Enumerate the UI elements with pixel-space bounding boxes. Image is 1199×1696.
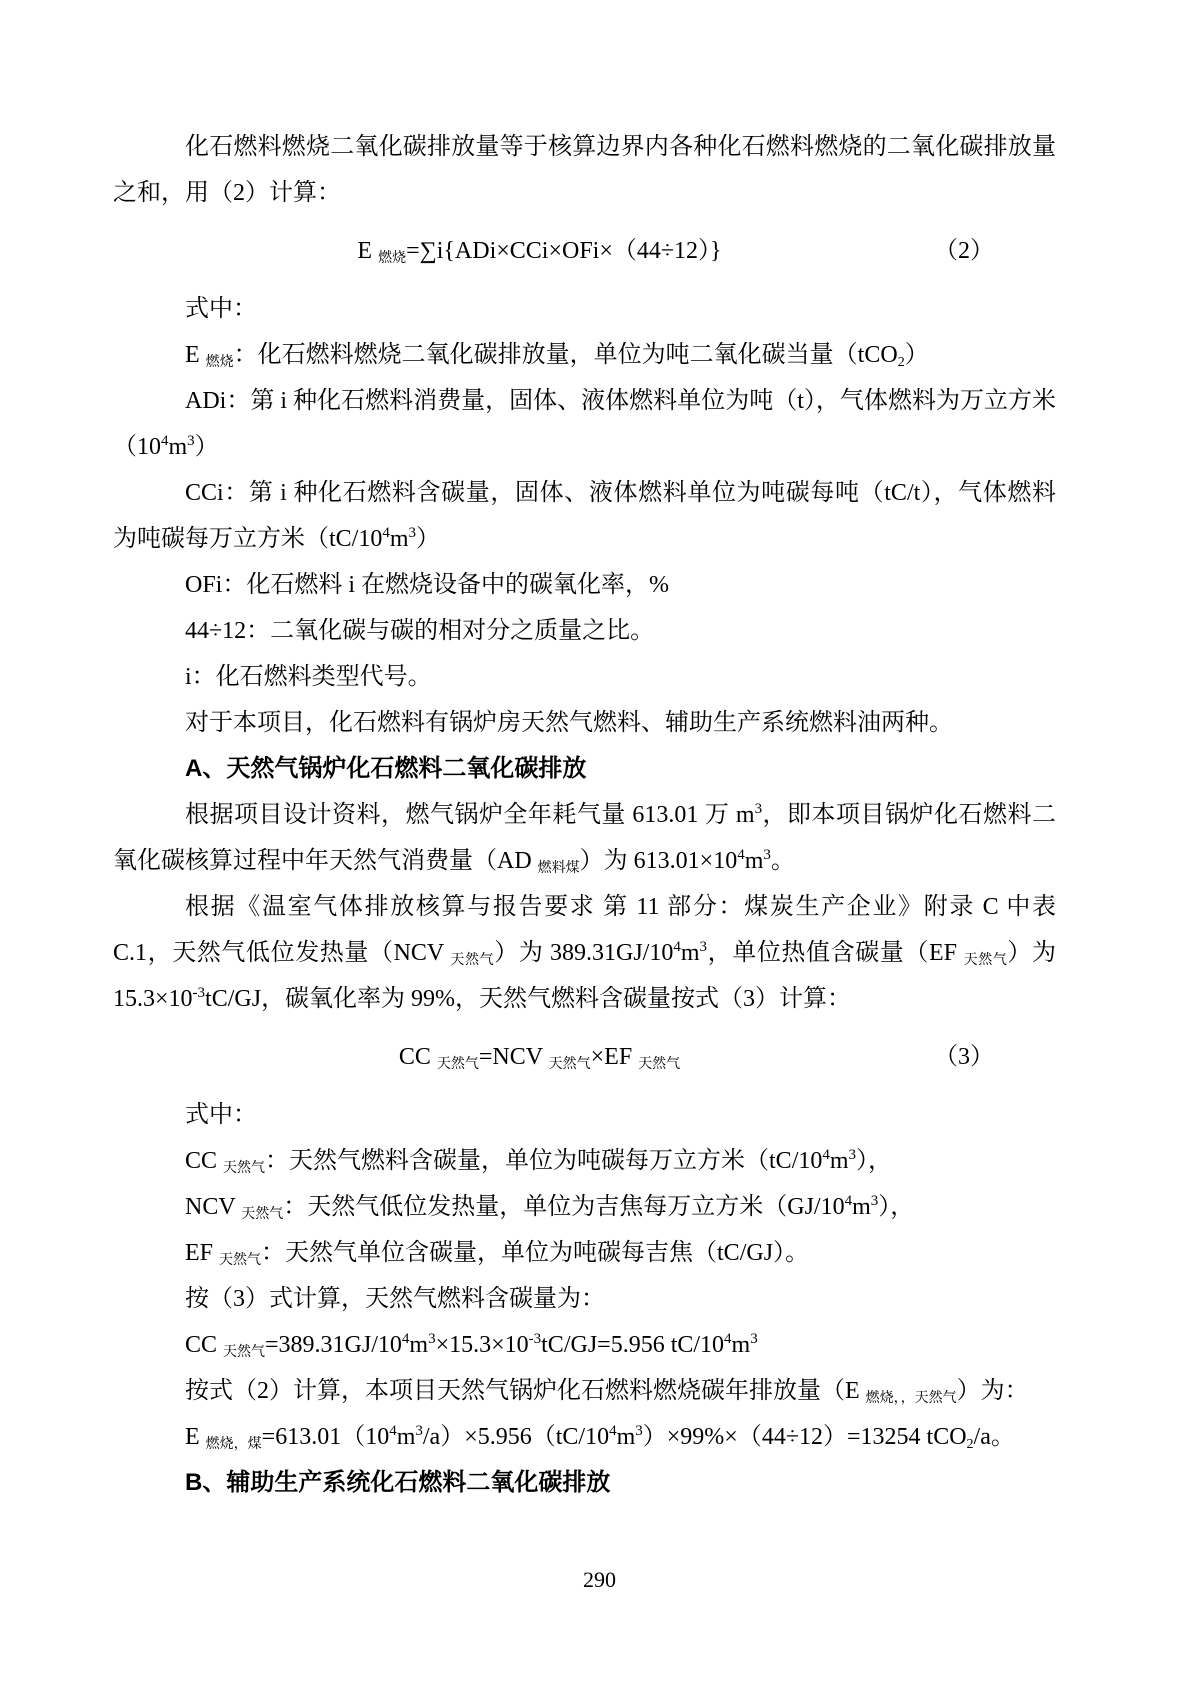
text-run: m [732, 1332, 751, 1358]
text-run-sup: 3 [755, 801, 763, 817]
def-adi: ADi：第 i 种化石燃料消费量，固体、液体燃料单位为吨（t），气体燃料为万立方… [113, 378, 1056, 470]
text-run: tC/GJ=5.956 tC/10 [541, 1332, 724, 1358]
heading-a: A、天然气锅炉化石燃料二氧化碳排放 [113, 746, 1056, 792]
text-run-sup: 4 [673, 939, 681, 955]
text-run-sup: 4 [724, 1331, 732, 1347]
text-run-sup: -3 [193, 985, 206, 1001]
text-run: ：天然气低位发热量，单位为吉焦每万立方米（GJ/10 [283, 1194, 844, 1220]
text-run-sub: 天然气 [450, 953, 494, 968]
text-run-sub: 天然气 [437, 1057, 479, 1072]
text-run: 式中： [185, 296, 257, 322]
def-i: i：化石燃料类型代号。 [113, 654, 1056, 700]
text-run: m [681, 940, 700, 966]
def-ef-tianranqi: EF 天然气：天然气单位含碳量，单位为吨碳每吉焦（tC/GJ）。 [113, 1230, 1056, 1276]
text-run: CCi：第 i 种化石燃料含碳量，固体、液体燃料单位为吨碳每吨（tC/t），气体… [113, 480, 1056, 552]
text-run: B、辅助生产系统化石燃料二氧化碳排放 [185, 1469, 610, 1496]
def-e-ranshao: E 燃烧：化石燃料燃烧二氧化碳排放量，单位为吨二氧化碳当量（tCO2） [113, 332, 1056, 378]
text-run: ，单位热值含碳量（EF [707, 940, 964, 966]
page-number: 290 [0, 1566, 1199, 1594]
text-run: ：天然气燃料含碳量，单位为吨碳每万立方米（tC/10 [265, 1148, 822, 1174]
text-run-sub: 天然气 [223, 1345, 265, 1360]
text-run-sup: 4 [822, 1147, 830, 1163]
text-run-sup: 3 [187, 433, 195, 449]
para-calc-by-3: 按（3）式计算，天然气燃料含碳量为： [113, 1276, 1056, 1322]
text-run: m [409, 1332, 428, 1358]
text-run-sup: -3 [529, 1331, 542, 1347]
text-run: 。 [771, 848, 795, 874]
text-run-sub: 2 [898, 355, 905, 370]
para-design-data: 根据项目设计资料，燃气锅炉全年耗气量 613.01 万 m3，即本项目锅炉化石燃… [113, 792, 1056, 884]
text-run: =NCV [479, 1044, 549, 1070]
para-e-result: E 燃烧，煤=613.01（104m3/a）×5.956（tC/104m3）×9… [113, 1414, 1056, 1460]
text-run-sub: 天然气 [964, 953, 1008, 968]
text-run: =389.31GJ/10 [265, 1332, 402, 1358]
para-cc-result: CC 天然气=389.31GJ/104m3×15.3×10-3tC/GJ=5.9… [113, 1322, 1056, 1368]
text-run: ×EF [591, 1044, 639, 1070]
text-run: ） [195, 434, 219, 460]
text-run: m [390, 526, 409, 552]
document-body: 化石燃料燃烧二氧化碳排放量等于核算边界内各种化石燃料燃烧的二氧化碳排放量之和，用… [113, 124, 1056, 1506]
text-run-sup: 4 [737, 847, 745, 863]
equation-number: （2） [934, 228, 994, 274]
text-run: m [169, 434, 188, 460]
text-run: CC [185, 1148, 223, 1174]
text-run: ）为 613.01×10 [580, 848, 738, 874]
para-standard-ref: 根据《温室气体排放核算与报告要求 第 11 部分：煤炭生产企业》附录 C 中表 … [113, 884, 1056, 1022]
text-run: E [357, 238, 378, 264]
text-run: /a）×5.956（tC/10 [423, 1424, 609, 1450]
text-run-sub: 天然气 [223, 1161, 265, 1176]
def-ncv-tianranqi: NCV 天然气：天然气低位发热量，单位为吉焦每万立方米（GJ/104m3）， [113, 1184, 1056, 1230]
text-run: m [745, 848, 764, 874]
text-run: 按（3）式计算，天然气燃料含碳量为： [185, 1286, 605, 1312]
text-run-sub: 天然气 [241, 1207, 283, 1222]
text-run: A、天然气锅炉化石燃料二氧化碳排放 [185, 755, 586, 782]
para-shizhong-1: 式中： [113, 286, 1056, 332]
text-run-sub: 燃烧，煤 [206, 1437, 262, 1452]
def-44-12: 44÷12：二氧化碳与碳的相对分之质量之比。 [113, 608, 1056, 654]
text-run: 根据项目设计资料，燃气锅炉全年耗气量 613.01 万 m [185, 802, 755, 828]
formula-3: CC 天然气=NCV 天然气×EF 天然气（3） [113, 1034, 1056, 1080]
text-run: m [852, 1194, 871, 1220]
text-run-sup: 3 [428, 1331, 436, 1347]
text-run: /a。 [974, 1424, 1015, 1450]
text-run: 44÷12：二氧化碳与碳的相对分之质量之比。 [185, 618, 654, 644]
text-run: ：天然气单位含碳量，单位为吨碳每吉焦（tC/GJ）。 [261, 1240, 809, 1266]
text-run: ） [905, 342, 929, 368]
text-run: NCV [185, 1194, 241, 1220]
text-run: ）， [856, 1148, 892, 1174]
def-ofi: OFi：化石燃料 i 在燃烧设备中的碳氧化率，% [113, 562, 1056, 608]
para-calc-by-2: 按式（2）计算，本项目天然气锅炉化石燃料燃烧碳年排放量（E 燃烧，，天然气）为： [113, 1368, 1056, 1414]
text-run: i：化石燃料类型代号。 [185, 664, 432, 690]
text-run-sup: 3 [763, 847, 771, 863]
text-run-sub: 天然气 [549, 1057, 591, 1072]
text-run: 按式（2）计算，本项目天然气锅炉化石燃料燃烧碳年排放量（E [185, 1378, 866, 1404]
text-run-sup: 4 [389, 1423, 397, 1439]
text-run: CC [399, 1044, 437, 1070]
formula-2: E 燃烧=∑i{ADi×CCi×OFi×（44÷12）}（2） [113, 228, 1056, 274]
text-run-sup: 3 [415, 1423, 423, 1439]
text-run-sub: 2 [967, 1437, 974, 1452]
text-run: m [617, 1424, 636, 1450]
text-run-sub: 燃烧，，天然气 [866, 1391, 957, 1406]
text-run: ：化石燃料燃烧二氧化碳排放量，单位为吨二氧化碳当量（tCO [234, 342, 898, 368]
text-run-sup: 4 [609, 1423, 617, 1439]
text-run: =∑i{ADi×CCi×OFi×（44÷12）} [406, 238, 722, 264]
def-cci: CCi：第 i 种化石燃料含碳量，固体、液体燃料单位为吨碳每吨（tC/t），气体… [113, 470, 1056, 562]
text-run-sub: 天然气 [638, 1057, 680, 1072]
text-run: EF [185, 1240, 219, 1266]
para-intro: 化石燃料燃烧二氧化碳排放量等于核算边界内各种化石燃料燃烧的二氧化碳排放量之和，用… [113, 124, 1056, 216]
text-run: m [830, 1148, 849, 1174]
text-run: =613.01（10 [262, 1424, 390, 1450]
text-run: E [185, 1424, 206, 1450]
text-run: 式中： [185, 1102, 257, 1128]
text-run: CC [185, 1332, 223, 1358]
text-run: 化石燃料燃烧二氧化碳排放量等于核算边界内各种化石燃料燃烧的二氧化碳排放量之和，用… [113, 134, 1056, 206]
text-run-sup: 4 [161, 433, 169, 449]
text-run: 对于本项目，化石燃料有锅炉房天然气燃料、辅助生产系统燃料油两种。 [185, 710, 953, 736]
text-run-sup: 3 [409, 525, 417, 541]
text-run: OFi：化石燃料 i 在燃烧设备中的碳氧化率，% [185, 572, 669, 598]
text-run-sub: 天然气 [219, 1253, 261, 1268]
para-shizhong-2: 式中： [113, 1092, 1056, 1138]
text-run: ）为： [957, 1378, 1029, 1404]
heading-b: B、辅助生产系统化石燃料二氧化碳排放 [113, 1460, 1056, 1506]
text-run-sup: 3 [750, 1331, 758, 1347]
equation-number: （3） [934, 1034, 994, 1080]
text-run-sub: 燃烧 [378, 251, 406, 266]
text-run: ）×99%×（44÷12）=13254 tCO [643, 1424, 967, 1450]
text-run: ） [416, 526, 440, 552]
def-cc-tianranqi: CC 天然气：天然气燃料含碳量，单位为吨碳每万立方米（tC/104m3）， [113, 1138, 1056, 1184]
text-run: ）， [878, 1194, 914, 1220]
text-run: tC/GJ，碳氧化率为 99%，天然气燃料含碳量按式（3）计算： [205, 986, 851, 1012]
text-run: ADi：第 i 种化石燃料消费量，固体、液体燃料单位为吨（t），气体燃料为万立方… [113, 388, 1056, 460]
text-run: ）为 389.31GJ/10 [494, 940, 673, 966]
para-project-fuels: 对于本项目，化石燃料有锅炉房天然气燃料、辅助生产系统燃料油两种。 [113, 700, 1056, 746]
text-run: E [185, 342, 206, 368]
text-run-sup: 3 [849, 1147, 857, 1163]
text-run-sup: 4 [845, 1193, 853, 1209]
text-run-sup: 3 [635, 1423, 643, 1439]
text-run-sub: 燃料煤 [538, 861, 580, 876]
text-run-sup: 4 [382, 525, 390, 541]
text-run: ×15.3×10 [436, 1332, 529, 1358]
text-run-sup: 3 [700, 939, 708, 955]
document-page: 化石燃料燃烧二氧化碳排放量等于核算边界内各种化石燃料燃烧的二氧化碳排放量之和，用… [0, 0, 1199, 1696]
text-run-sub: 燃烧 [206, 355, 234, 370]
text-run: m [397, 1424, 416, 1450]
